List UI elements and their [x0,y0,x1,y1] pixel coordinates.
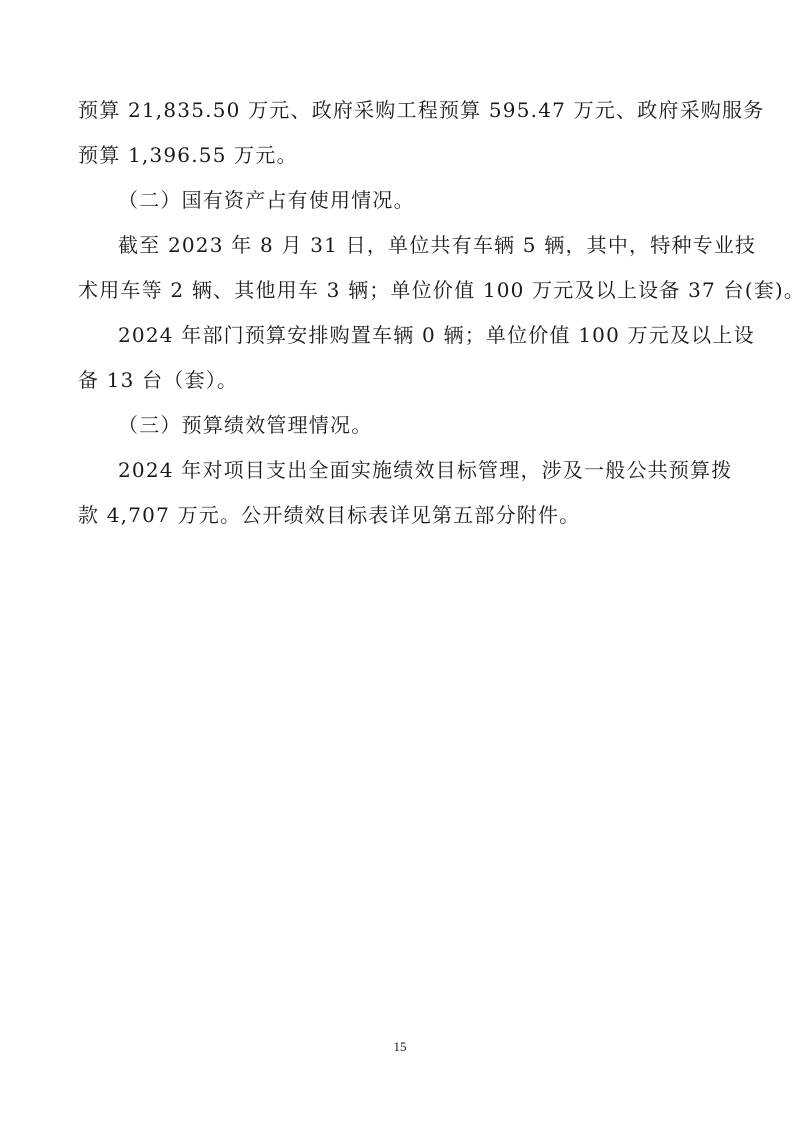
paragraph-line: 预算 1,396.55 万元。 [78,141,723,169]
document-page: 预算 21,835.50 万元、政府采购工程预算 595.47 万元、政府采购服… [0,0,800,1132]
page-number: 15 [0,1039,800,1055]
paragraph-line: 备 13 台（套）。 [78,366,723,394]
paragraph-line: 预算 21,835.50 万元、政府采购工程预算 595.47 万元、政府采购服… [78,96,723,124]
section-heading-performance: （三）预算绩效管理情况。 [118,411,763,439]
paragraph-line: 截至 2023 年 8 月 31 日，单位共有车辆 5 辆，其中，特种专业技 [118,231,723,259]
paragraph-line: 2024 年部门预算安排购置车辆 0 辆；单位价值 100 万元及以上设 [118,321,723,349]
paragraph-line: 款 4,707 万元。公开绩效目标表详见第五部分附件。 [78,501,723,529]
paragraph-line: 术用车等 2 辆、其他用车 3 辆；单位价值 100 万元及以上设备 37 台(… [78,276,723,304]
section-heading-state-assets: （二）国有资产占有使用情况。 [118,186,763,214]
paragraph-line: 2024 年对项目支出全面实施绩效目标管理，涉及一般公共预算拨 [118,456,723,484]
